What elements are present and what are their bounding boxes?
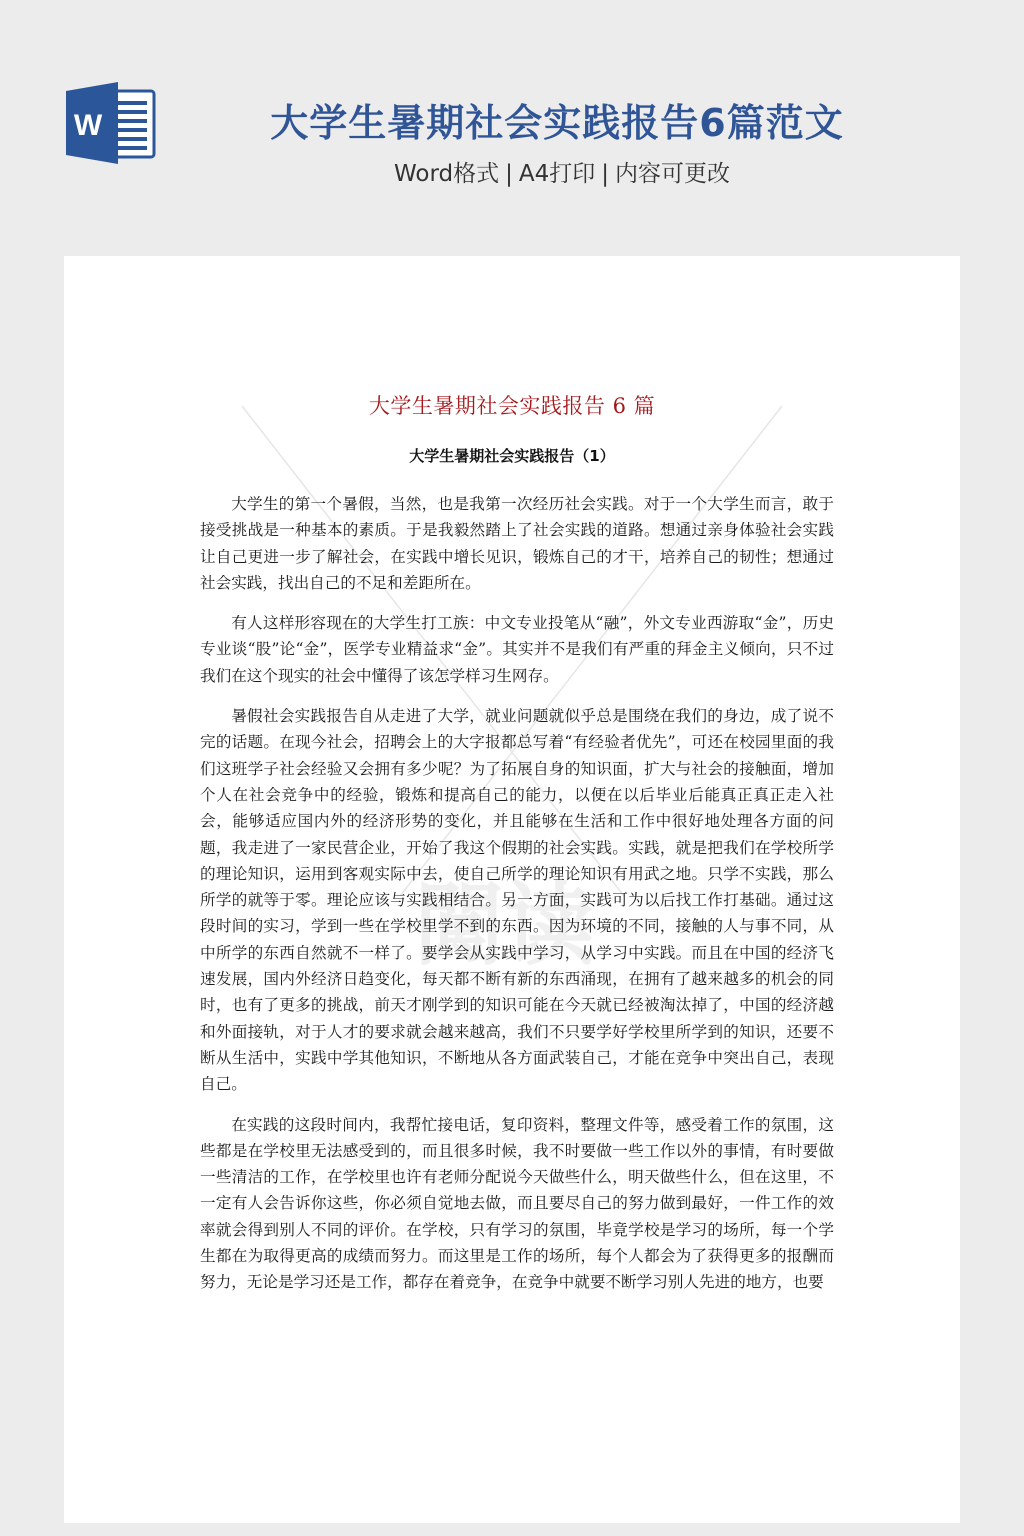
- separator: |: [505, 161, 513, 187]
- banner-subtitle: Word格式|A4打印|内容可更改: [0, 155, 1024, 188]
- document-body: 大学生的第一个暑假，当然，也是我第一次经历社会实践。对于一个大学生而言，敢于接受…: [200, 491, 834, 1310]
- document-page: 闖读 大学生暑期社会实践报告 6 篇 大学生暑期社会实践报告（1） 大学生的第一…: [64, 256, 960, 1523]
- paragraph: 有人这样形容现在的大学生打工族：中文专业投笔从“融”，外文专业西游取“金”，历史…: [200, 610, 834, 689]
- separator: |: [601, 161, 609, 187]
- editable-label: 内容可更改: [615, 161, 730, 187]
- format-label: Word格式: [394, 161, 499, 187]
- paragraph: 暑假社会实践报告自从走进了大学，就业问题就似乎总是围绕在我们的身边，成了说不完的…: [200, 703, 834, 1097]
- header-banner: W 大学生暑期社会实践报告6篇范文 Word格式|A4打印|内容可更改: [0, 0, 1024, 256]
- document-title: 大学生暑期社会实践报告 6 篇: [64, 390, 960, 420]
- section-heading: 大学生暑期社会实践报告（1）: [64, 445, 960, 466]
- paragraph: 大学生的第一个暑假，当然，也是我第一次经历社会实践。对于一个大学生而言，敢于接受…: [200, 491, 834, 596]
- banner-title: 大学生暑期社会实践报告6篇范文: [0, 92, 1024, 147]
- paragraph: 在实践的这段时间内，我帮忙接电话，复印资料，整理文件等，感受着工作的氛围，这些都…: [200, 1112, 834, 1296]
- print-label: A4打印: [519, 161, 595, 187]
